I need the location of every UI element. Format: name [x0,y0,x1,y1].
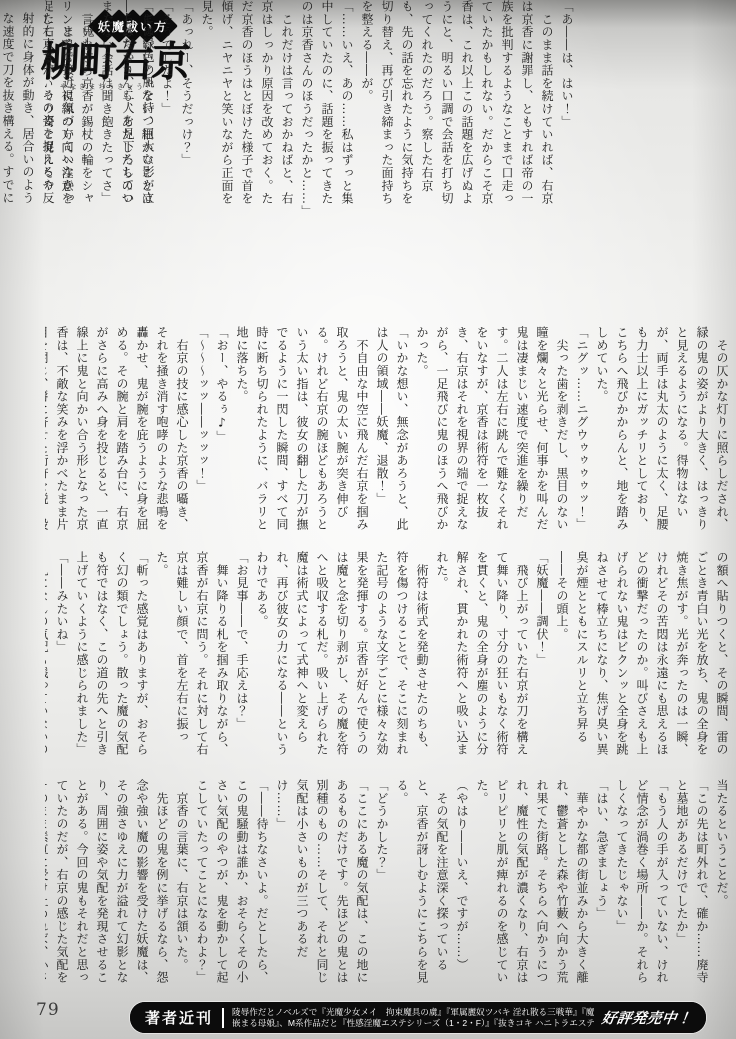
text-band-1: 「あ――は、はい！」 このまま話を続けていれば、右京は京香に謝罪し、ともすれば帝… [0,0,736,216]
paragraph: には緑色の肌を持つ巨大な影が立ちはだかり、二人を見下ろしていた。 [98,12,158,216]
paragraph: 華やかな都の街並みから大きく離れ、鬱蒼とした森や竹藪へ向かう荒れ果てた街路。そち… [472,779,592,991]
text-band-4: 当たるということだ。「この先は町外れで、確か……廃寺と墓地があるだけでしたか」「… [45,779,732,991]
paragraph: 「あっれー、そうだっけ？」 [177,0,197,216]
paragraph: 「いかな想い、無念があろうと、此は人の領域――妖魔、退散！」 [372,326,412,540]
footer-description-line-2: 嵌まる母娘』、M系作品だと『性感淫魔エステシリーズ（1・2・F）』『抜きコキ ハ… [232,1018,594,1029]
text-band-1-under-logo: には緑色の肌を持つ巨大な影が立ちはだかり、二人を見下ろしていた。「鬼――」 まる… [0,12,158,216]
paragraph: 「斬った感覚はありますが、おそらく幻の類でしょう。散った魔の気配も符ではなく、こ… [72,551,152,765]
paragraph: その気配を注意深く探っていると、京香が訝しむようにこちらを見る。 [392,779,452,991]
paragraph: （やはり――いえ、ですが……） [452,779,472,991]
text-band-2: その仄かな灯りに照らしだされ、緑の鬼の姿がより大きく、はっきりと見えるようになる… [45,326,732,540]
paragraph: 舞い降りる札を掴み取りながら、京香が右京に問う。それに対して右京は難しい顔で、首… [152,551,232,765]
paragraph: 「鬼――」 [78,12,98,216]
paragraph: 「はい、急ぎましょう」 [592,779,612,991]
paragraph: 先ほどの鬼を例に挙げるなら、怨念や強い魔の影響を受けた妖魔は、その強さゆえに力が… [45,779,172,991]
paragraph: 「ニグッ……ニグウゥゥゥゥッ！」 [572,326,592,540]
paragraph: の額へ貼りつくと、その瞬間、雷のごとき青白い光を放ち、鬼の全身を焼き焦がす。光が… [552,551,732,765]
paragraph: 札になんの気配も残っていないのを確認し、京香も肩を竦める。しかし、魔の気配が引き… [45,551,52,765]
footer-label: 著者近刊 [130,1007,222,1028]
paragraph: 「お見事――で、手応えは？」 [232,551,252,765]
paragraph: これだけは言っておかねばと、右京はしっかり原因を改めておく。ただ京香のほうはとぼ… [197,0,297,216]
text-band-3: の額へ貼りつくと、その瞬間、雷のごとき青白い光を放ち、鬼の全身を焼き焦がす。光が… [45,551,732,765]
paragraph: 術符は術式を発動させたのちも、符を傷つけることで、そこに刻まれた記号のような文字… [252,551,432,765]
paragraph: 飛び上がっていた右京が刀を構えて舞い降り、寸分の狂いもなく術符を貫くと、鬼の全身… [432,551,532,765]
paragraph: 当たるということだ。 [712,779,732,991]
paragraph: 「――待ちなさいよ。だとしたら、この鬼騒動は誰か、おそらくその小さい気配のやつが… [192,779,272,991]
paragraph: 「ここにある魔の気配は、この地にあるものだけです。先ほどの鬼とは別種のもの……そ… [272,779,372,991]
paragraph: 「どうかした？」 [372,779,392,991]
paragraph: このまま話を続けていれば、右京は京香に謝罪し、ともすれば帝の一族を批判するような… [357,0,557,216]
paragraph: 「～～～ッッ――ッッッ！」 [192,326,212,540]
page-number: 79 [36,1000,60,1020]
paragraph: 「あ――は、はい！」 [557,0,577,216]
paragraph: 「そうでしたよ！」 [157,0,177,216]
paragraph: 「――みたいね」 [52,551,72,765]
paragraph: その仄かな灯りに照らしだされ、緑の鬼の姿がより大きく、はっきりと見えるようになる… [592,326,732,540]
novel-page: 妖魔祓い方 柳町右京 やなぎまちうきょう 「あ――は、はい！」 このまま話を続け… [0,0,736,1039]
paragraph: 不自由な中空に飛んだ右京を掴み取ろうと、鬼の太い腕が突き伸びる。けれど右京の腕ほ… [232,326,372,540]
paragraph: 「おー、やるぅ♪」 [212,326,232,540]
paragraph: 「……いえ、あの……私はずっと集中していたのに、話題を振ってきたのは京香さんのほ… [297,0,357,216]
footer-description-line-1: 陵辱作だとノベルズで『光魔少女メイ 拘束魔具の虜』『軍属麗奴ツバキ 淫れ散る三戦… [232,1007,594,1018]
footer-description: 陵辱作だとノベルズで『光魔少女メイ 拘束魔具の虜』『軍属麗奴ツバキ 淫れ散る三戦… [232,1007,594,1029]
author-footer-bar: 著者近刊 陵辱作だとノベルズで『光魔少女メイ 拘束魔具の虜』『軍属麗奴ツバキ 淫… [130,1002,706,1033]
footer-divider [222,1008,224,1028]
paragraph: 「もう人の手が入っていない、けれど情念が渦巻く場所――か。それらしくなってきたじ… [612,779,672,991]
paragraph: 右京の技に感心した京香の囁き、それを掻き消す咆哮のような悲鳴を轟かせ、鬼が腕を庇… [45,326,192,540]
paragraph: 京香の言葉に、右京は頷いた。 [172,779,192,991]
paragraph: 「妖魔――調伏！」 [532,551,552,765]
paragraph: 尖った歯を剥きだし、黒目のない瞳を爛々と光らせ、何事かを叫んだ鬼は凄まじい速度で… [412,326,572,540]
paragraph: 「この先は町外れで、確か……廃寺と墓地があるだけでしたか」 [672,779,712,991]
footer-promo: 好評発売中！ [593,1007,708,1028]
paragraph: まるで接近に気づいていなかった右京だが、その姿を捉えるや反射的に身体が動き、居合… [0,12,78,216]
